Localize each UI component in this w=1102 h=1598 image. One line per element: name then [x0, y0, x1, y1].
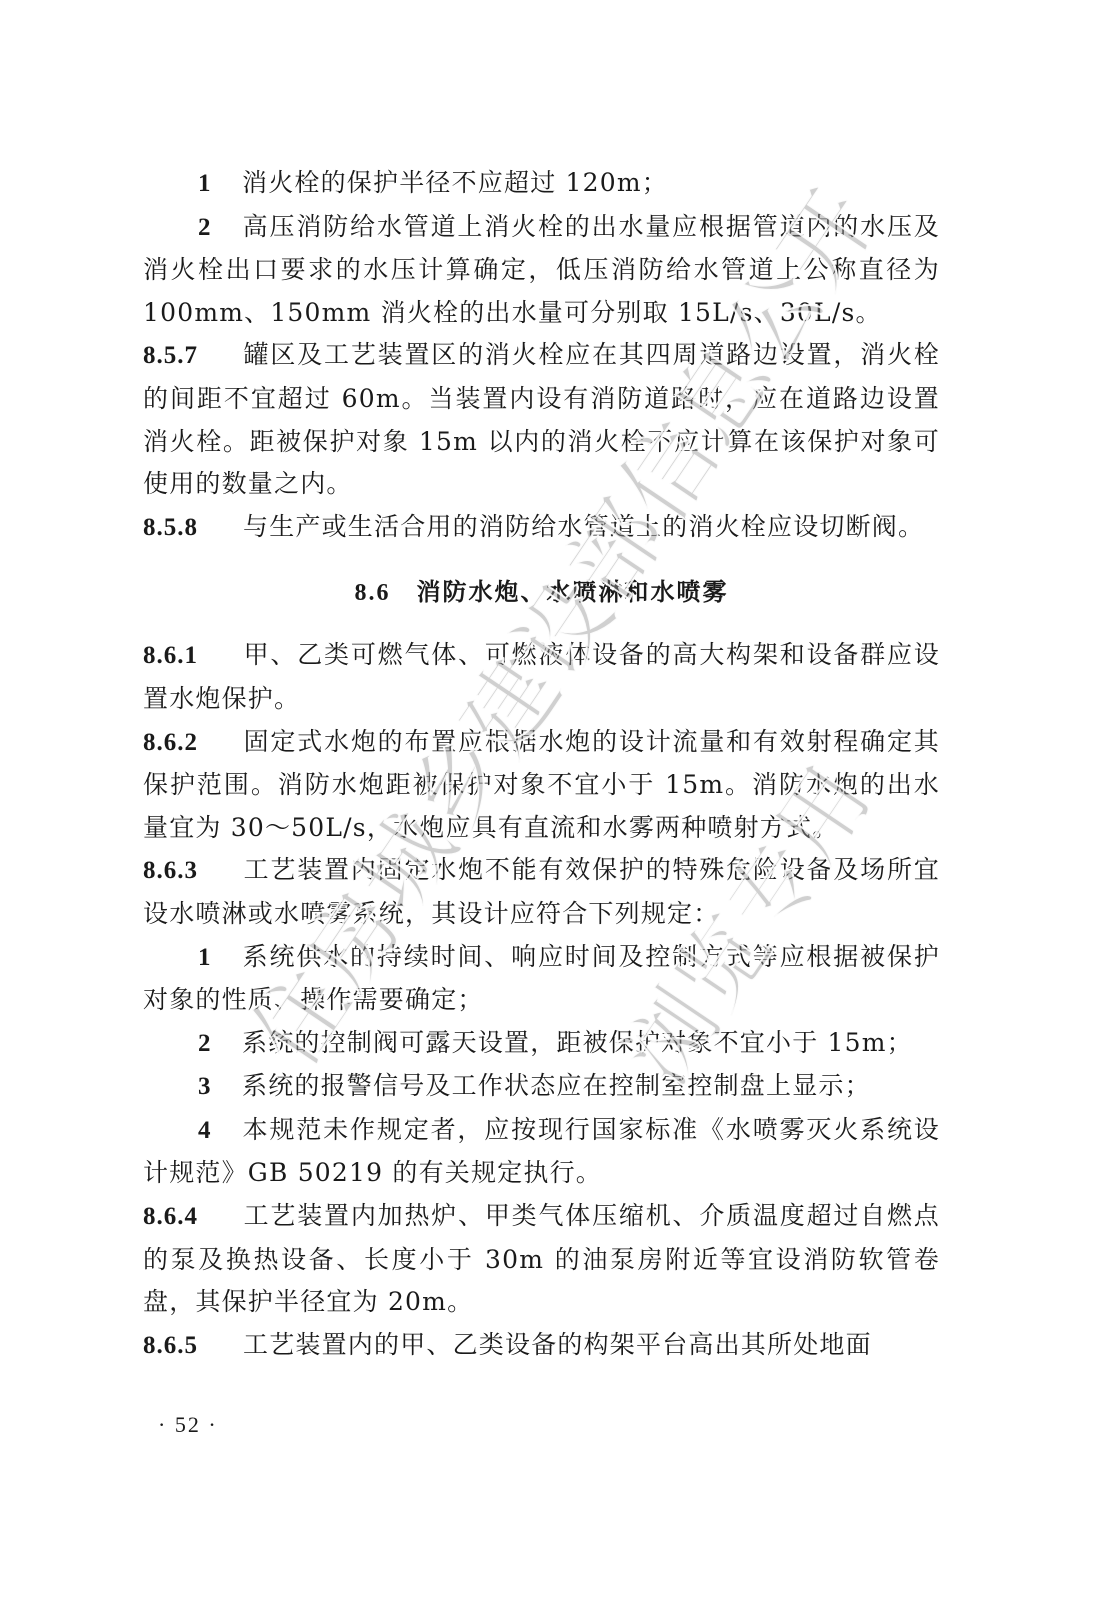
list-item: 1消火栓的保护半径不应超过 120m；	[143, 162, 940, 206]
clause-number: 8.6.1	[143, 635, 243, 678]
item-number: 3	[198, 1066, 242, 1109]
item-text: 消火栓的保护半径不应超过 120m；	[242, 168, 668, 197]
item-text: 系统的报警信号及工作状态应在控制室控制盘上显示；	[242, 1071, 871, 1100]
clause: 8.5.7罐区及工艺装置区的消火栓应在其四周道路边设置，消火栓的间距不宜超过 6…	[143, 334, 940, 505]
page-number: · 52 ·	[158, 1412, 218, 1438]
section-number: 8.6	[355, 580, 391, 606]
list-item: 4本规范未作规定者，应按现行国家标准《水喷雾灭火系统设计规范》GB 50219 …	[143, 1109, 940, 1195]
item-text: 系统的控制阀可露天设置，距被保护对象不宜小于 15m；	[242, 1028, 913, 1057]
clause-number: 8.6.3	[143, 850, 243, 893]
document-page: 1消火栓的保护半径不应超过 120m； 2高压消防给水管道上消火栓的出水量应根据…	[0, 0, 1102, 1598]
clause: 8.6.2固定式水炮的布置应根据水炮的设计流量和有效射程确定其保护范围。消防水炮…	[143, 721, 940, 850]
item-text: 本规范未作规定者，应按现行国家标准《水喷雾灭火系统设计规范》GB 50219 的…	[143, 1115, 940, 1188]
clause-number: 8.5.8	[143, 507, 243, 550]
clause: 8.6.5工艺装置内的甲、乙类设备的构架平台高出其所处地面	[143, 1324, 940, 1368]
clause-number: 8.6.5	[143, 1325, 243, 1368]
list-item: 3系统的报警信号及工作状态应在控制室控制盘上显示；	[143, 1065, 940, 1109]
clause-text: 工艺装置内固定水炮不能有效保护的特殊危险设备及场所宜设水喷淋或水喷雾系统，其设计…	[143, 855, 940, 928]
clause-text: 甲、乙类可燃气体、可燃液体设备的高大构架和设备群应设置水炮保护。	[143, 640, 940, 713]
list-item: 2高压消防给水管道上消火栓的出水量应根据管道内的水压及消火栓出口要求的水压计算确…	[143, 206, 940, 335]
clause-text: 罐区及工艺装置区的消火栓应在其四周道路边设置，消火栓的间距不宜超过 60m。当装…	[143, 340, 940, 498]
clause: 8.5.8与生产或生活合用的消防给水管道上的消火栓应设切断阀。	[143, 506, 940, 550]
item-number: 2	[198, 207, 242, 250]
list-item: 2系统的控制阀可露天设置，距被保护对象不宜小于 15m；	[143, 1022, 940, 1066]
clause-number: 8.6.4	[143, 1196, 243, 1239]
clause: 8.6.1甲、乙类可燃气体、可燃液体设备的高大构架和设备群应设置水炮保护。	[143, 634, 940, 720]
clause-text: 工艺装置内加热炉、甲类气体压缩机、介质温度超过自燃点的泵及换热设备、长度小于 3…	[143, 1201, 940, 1316]
item-text: 高压消防给水管道上消火栓的出水量应根据管道内的水压及消火栓出口要求的水压计算确定…	[143, 212, 940, 327]
item-number: 1	[198, 937, 242, 980]
clause-number: 8.6.2	[143, 722, 243, 765]
clause: 8.6.4工艺装置内加热炉、甲类气体压缩机、介质温度超过自燃点的泵及换热设备、长…	[143, 1195, 940, 1324]
body-text: 1消火栓的保护半径不应超过 120m； 2高压消防给水管道上消火栓的出水量应根据…	[143, 162, 940, 1367]
item-text: 系统供水的持续时间、响应时间及控制方式等应根据被保护对象的性质、操作需要确定；	[143, 942, 940, 1015]
clause: 8.6.3工艺装置内固定水炮不能有效保护的特殊危险设备及场所宜设水喷淋或水喷雾系…	[143, 849, 940, 935]
clause-text: 与生产或生活合用的消防给水管道上的消火栓应设切断阀。	[243, 512, 924, 541]
item-number: 4	[198, 1110, 242, 1153]
clause-number: 8.5.7	[143, 335, 243, 378]
clause-text: 工艺装置内的甲、乙类设备的构架平台高出其所处地面	[243, 1330, 872, 1359]
section-heading: 8.6消防水炮、水喷淋和水喷雾	[143, 571, 940, 614]
clause-text: 固定式水炮的布置应根据水炮的设计流量和有效射程确定其保护范围。消防水炮距被保护对…	[143, 727, 940, 842]
section-title: 消防水炮、水喷淋和水喷雾	[417, 578, 729, 606]
list-item: 1系统供水的持续时间、响应时间及控制方式等应根据被保护对象的性质、操作需要确定；	[143, 936, 940, 1022]
item-number: 1	[198, 163, 242, 206]
item-number: 2	[198, 1023, 242, 1066]
